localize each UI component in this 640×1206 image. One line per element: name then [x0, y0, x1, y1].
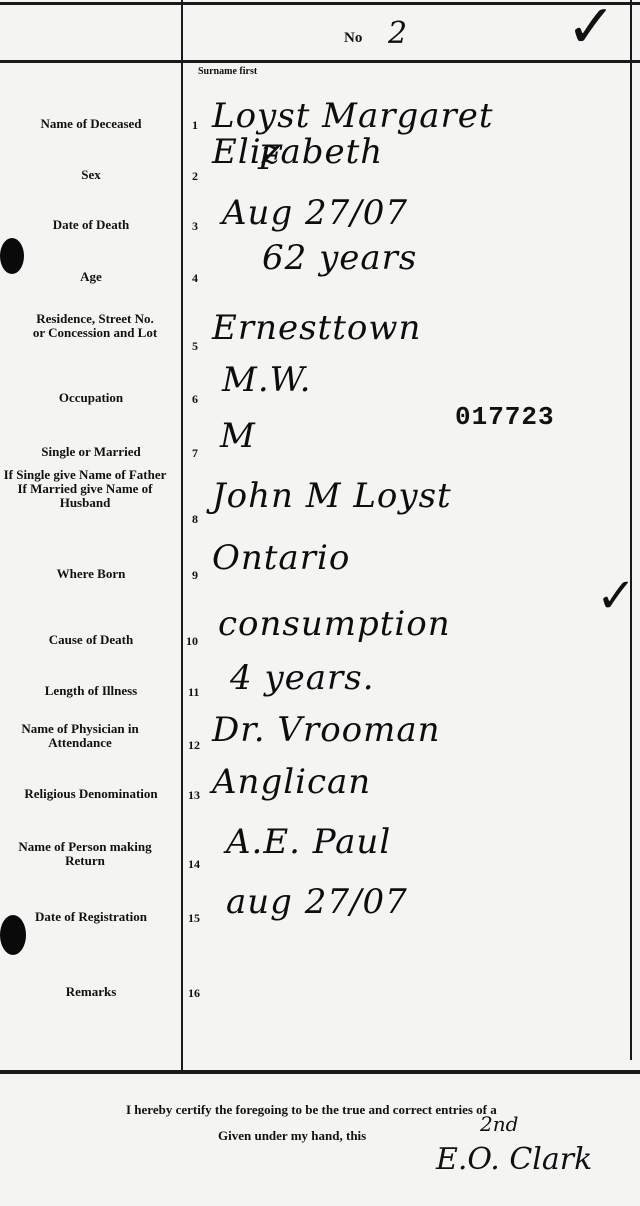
footer-rule — [0, 1070, 640, 1074]
field-number: 8 — [192, 512, 198, 527]
checkmark-icon: ✓ — [566, 0, 616, 62]
surname-hint: Surname first — [198, 66, 257, 77]
field-number: 4 — [192, 271, 198, 286]
field-value: Ernesttown — [212, 310, 421, 346]
stamp-number: 017723 — [455, 402, 555, 432]
registrar-signature: E.O. Clark — [436, 1142, 592, 1177]
record-number-value: 2 — [388, 16, 407, 51]
field-label: Cause of Death — [0, 633, 182, 647]
checkmark-icon: ✓ — [596, 568, 636, 624]
record-number-label: No — [344, 30, 362, 47]
header-rule — [0, 60, 640, 63]
field-label: Name of Deceased — [0, 117, 182, 131]
field-label: If Single give Name of Father If Married… — [0, 468, 170, 510]
field-label: Date of Death — [0, 218, 182, 232]
field-number: 13 — [188, 788, 200, 803]
field-number: 6 — [192, 392, 198, 407]
day-value: 2nd — [480, 1112, 518, 1136]
field-number: 11 — [188, 685, 199, 700]
field-number: 7 — [192, 446, 198, 461]
field-number: 2 — [192, 169, 198, 184]
field-number: 1 — [192, 118, 198, 133]
field-label: Sex — [0, 168, 182, 182]
field-number: 14 — [188, 857, 200, 872]
field-value: M — [220, 418, 256, 454]
field-value: John M Loyst — [212, 478, 452, 514]
field-value: Ontario — [212, 540, 350, 576]
field-value: Anglican — [212, 764, 371, 800]
field-number: 12 — [188, 738, 200, 753]
field-value: A.E. Paul — [226, 824, 391, 860]
field-label: Date of Registration — [0, 910, 182, 924]
field-label: Length of Illness — [0, 684, 182, 698]
field-label: Residence, Street No. or Concession and … — [30, 312, 160, 340]
field-label: Name of Person making Return — [0, 840, 170, 868]
field-value: F — [258, 140, 283, 176]
field-number: 3 — [192, 219, 198, 234]
field-label: Name of Physician in Attendance — [0, 722, 160, 750]
field-value: 4 years. — [230, 660, 375, 696]
field-label: Occupation — [0, 391, 182, 405]
field-value: aug 27/07 — [226, 884, 408, 920]
field-label: Single or Married — [0, 445, 182, 459]
top-rule — [0, 2, 640, 5]
field-number: 10 — [186, 634, 198, 649]
field-value: M.W. — [222, 362, 311, 398]
field-number: 5 — [192, 339, 198, 354]
ink-blot — [0, 238, 24, 274]
field-number: 9 — [192, 568, 198, 583]
field-label: Age — [0, 270, 182, 284]
given-under-text: Given under my hand, this — [218, 1128, 366, 1144]
field-value: Aug 27/07 — [222, 195, 408, 231]
field-value: Dr. Vrooman — [212, 712, 441, 748]
field-number: 16 — [188, 986, 200, 1001]
field-number: 15 — [188, 911, 200, 926]
field-label: Religious Denomination — [0, 787, 182, 801]
field-label: Where Born — [0, 567, 182, 581]
field-value: consumption — [218, 606, 451, 642]
field-label: Remarks — [0, 985, 182, 999]
certification-text: I hereby certify the foregoing to be the… — [126, 1102, 497, 1118]
field-value: 62 years — [262, 240, 417, 276]
